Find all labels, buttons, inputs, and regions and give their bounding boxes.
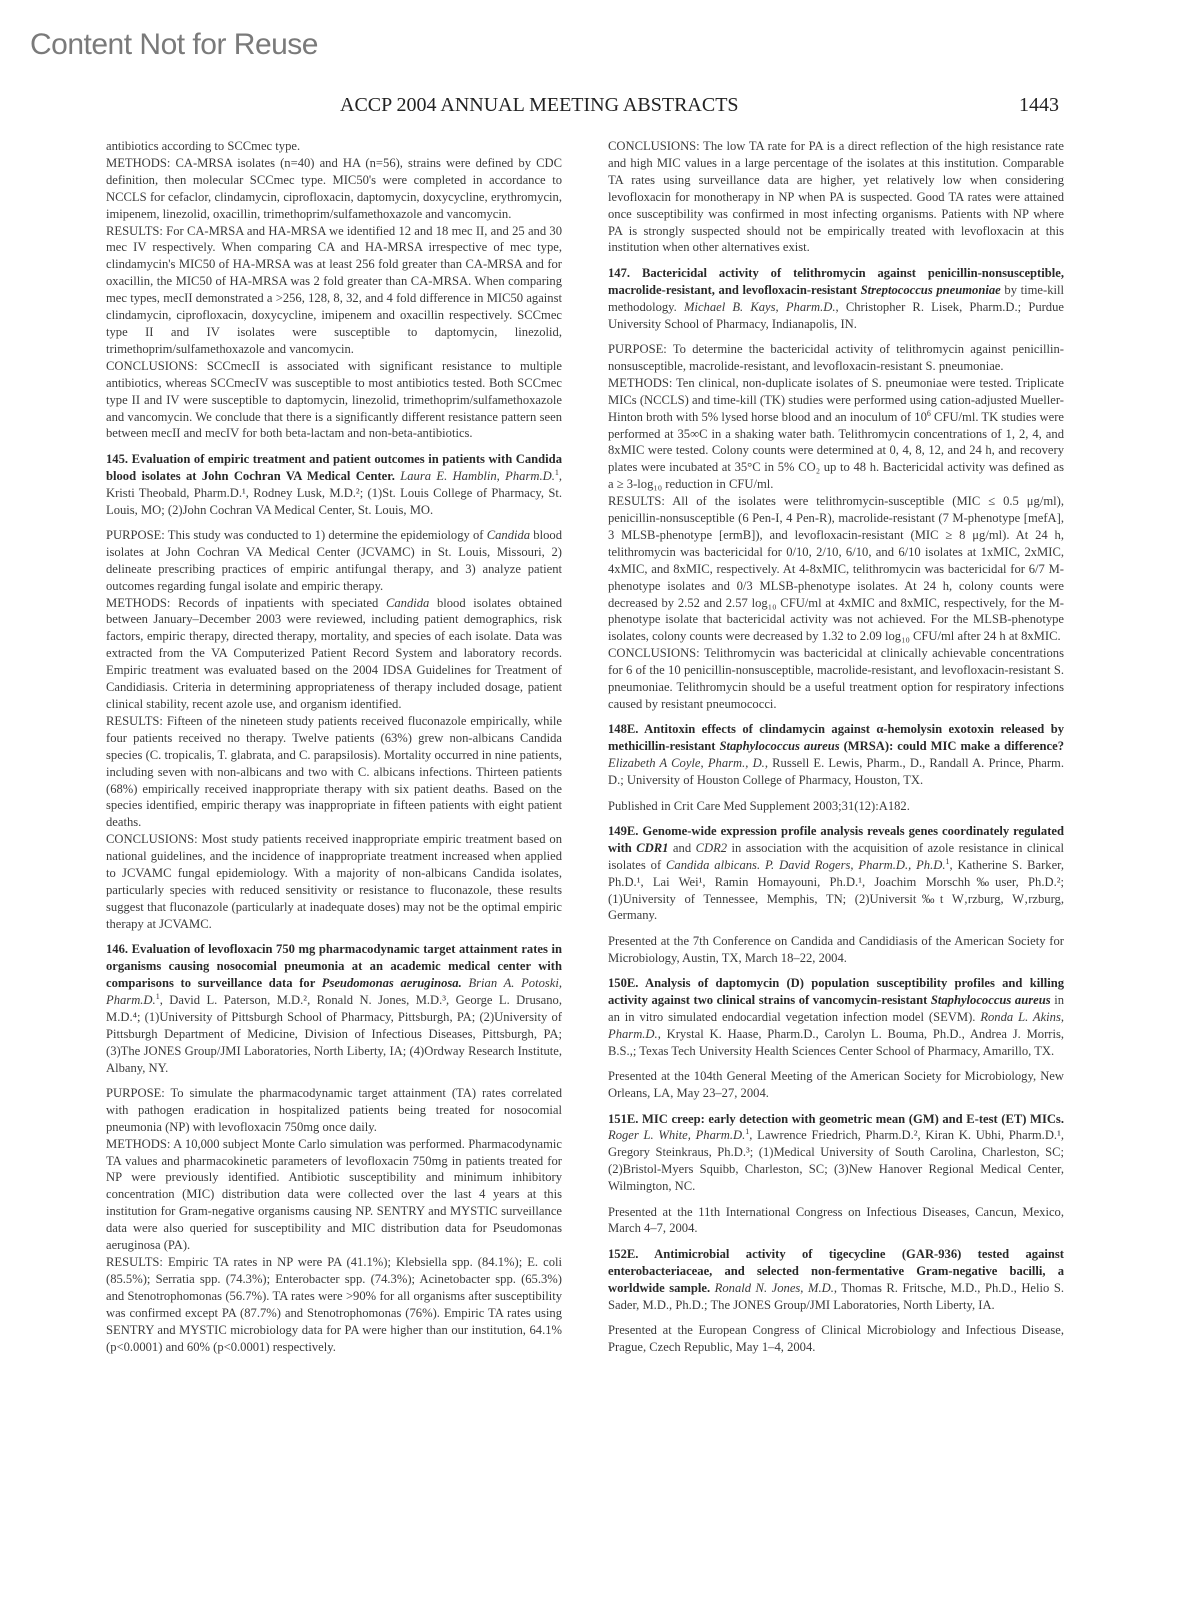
abstract-147-title: 147. Bactericidal activity of telithromy…: [608, 266, 1064, 297]
left-column: antibiotics according to SCCmec type. ME…: [106, 138, 562, 1355]
abstract-147-authors: , Christopher R. Lisek, Pharm.D.; Purdue…: [608, 300, 1064, 331]
abstract-151E-presenting-author: Roger L. White, Pharm.D.: [608, 1128, 745, 1142]
right-column: CONCLUSIONS: The low TA rate for PA is a…: [608, 138, 1064, 1356]
abstract-145-presenting-author: Laura E. Hamblin, Pharm.D.: [400, 469, 555, 483]
abstract-147-results: RESULTS: All of the isolates were telith…: [608, 493, 1064, 645]
abstract-146-methods: METHODS: A 10,000 subject Monte Carlo si…: [106, 1136, 562, 1254]
abstract-148E: 148E. Antitoxin effects of clindamycin a…: [608, 721, 1064, 814]
abstract-144-results: RESULTS: For CA-MRSA and HA-MRSA we iden…: [106, 223, 562, 358]
abstract-152E-presenting-author: Ronald N. Jones, M.D.: [715, 1281, 834, 1295]
abstract-149E-note: Presented at the 7th Conference on Candi…: [608, 933, 1064, 967]
abstract-144-conclusions: CONCLUSIONS: SCCmecII is associated with…: [106, 358, 562, 443]
abstract-145-results: RESULTS: Fifteen of the nineteen study p…: [106, 713, 562, 831]
abstract-145-purpose: PURPOSE: This study was conducted to 1) …: [106, 527, 562, 595]
abstract-145: 145. Evaluation of empiric treatment and…: [106, 451, 562, 933]
page-number: 1443: [1019, 94, 1059, 117]
abstract-148E-presenting-author: Elizabeth A Coyle, Pharm., D.: [608, 756, 765, 770]
abstract-145-conclusions: CONCLUSIONS: Most study patients receive…: [106, 831, 562, 932]
abstract-147-purpose: PURPOSE: To determine the bactericidal a…: [608, 341, 1064, 375]
abstract-151E-note: Presented at the 11th International Cong…: [608, 1204, 1064, 1238]
watermark: Content Not for Reuse: [30, 28, 318, 62]
abstract-150E-title: 150E. Analysis of daptomycin (D) populat…: [608, 976, 1064, 1007]
abstract-149E-presenting-author: P. David Rogers, Pharm.D., Ph.D.: [765, 858, 946, 872]
running-title: ACCP 2004 ANNUAL MEETING ABSTRACTS: [340, 94, 739, 117]
abstract-146-results: RESULTS: Empiric TA rates in NP were PA …: [106, 1254, 562, 1355]
abstract-147: 147. Bactericidal activity of telithromy…: [608, 265, 1064, 713]
abstract-145-methods: METHODS: Records of inpatients with spec…: [106, 595, 562, 713]
abstract-146: 146. Evaluation of levofloxacin 750 mg p…: [106, 941, 562, 1355]
abstract-147-conclusions: CONCLUSIONS: Telithromycin was bacterici…: [608, 645, 1064, 713]
abstract-146-conclusions: CONCLUSIONS: The low TA rate for PA is a…: [608, 138, 1064, 256]
abstract-150E: 150E. Analysis of daptomycin (D) populat…: [608, 975, 1064, 1102]
abstract-146-purpose: PURPOSE: To simulate the pharmacodynamic…: [106, 1085, 562, 1136]
abstract-149E: 149E. Genome-wide expression profile ana…: [608, 823, 1064, 967]
abstract-150E-note: Presented at the 104th General Meeting o…: [608, 1068, 1064, 1102]
abstract-150E-authors: , Krystal K. Haase, Pharm.D., Carolyn L.…: [608, 1027, 1064, 1058]
abstract-147-methods: METHODS: Ten clinical, non-duplicate iso…: [608, 375, 1064, 493]
abstract-151E: 151E. MIC creep: early detection with ge…: [608, 1111, 1064, 1238]
abstract-147-presenting-author: Michael B. Kays, Pharm.D.: [684, 300, 836, 314]
abstract-148E-note: Published in Crit Care Med Supplement 20…: [608, 798, 1064, 815]
abstract-146-authors: , David L. Paterson, M.D.², Ronald N. Jo…: [106, 993, 562, 1075]
abstract-144-methods: METHODS: CA-MRSA isolates (n=40) and HA …: [106, 155, 562, 223]
abstract-144-intro-tail: antibiotics according to SCCmec type.: [106, 138, 562, 155]
abstract-152E: 152E. Antimicrobial activity of tigecycl…: [608, 1246, 1064, 1356]
abstract-152E-note: Presented at the European Congress of Cl…: [608, 1322, 1064, 1356]
abstract-151E-title: 151E. MIC creep: early detection with ge…: [608, 1112, 1064, 1126]
abstract-148E-title: 148E. Antitoxin effects of clindamycin a…: [608, 722, 1064, 753]
